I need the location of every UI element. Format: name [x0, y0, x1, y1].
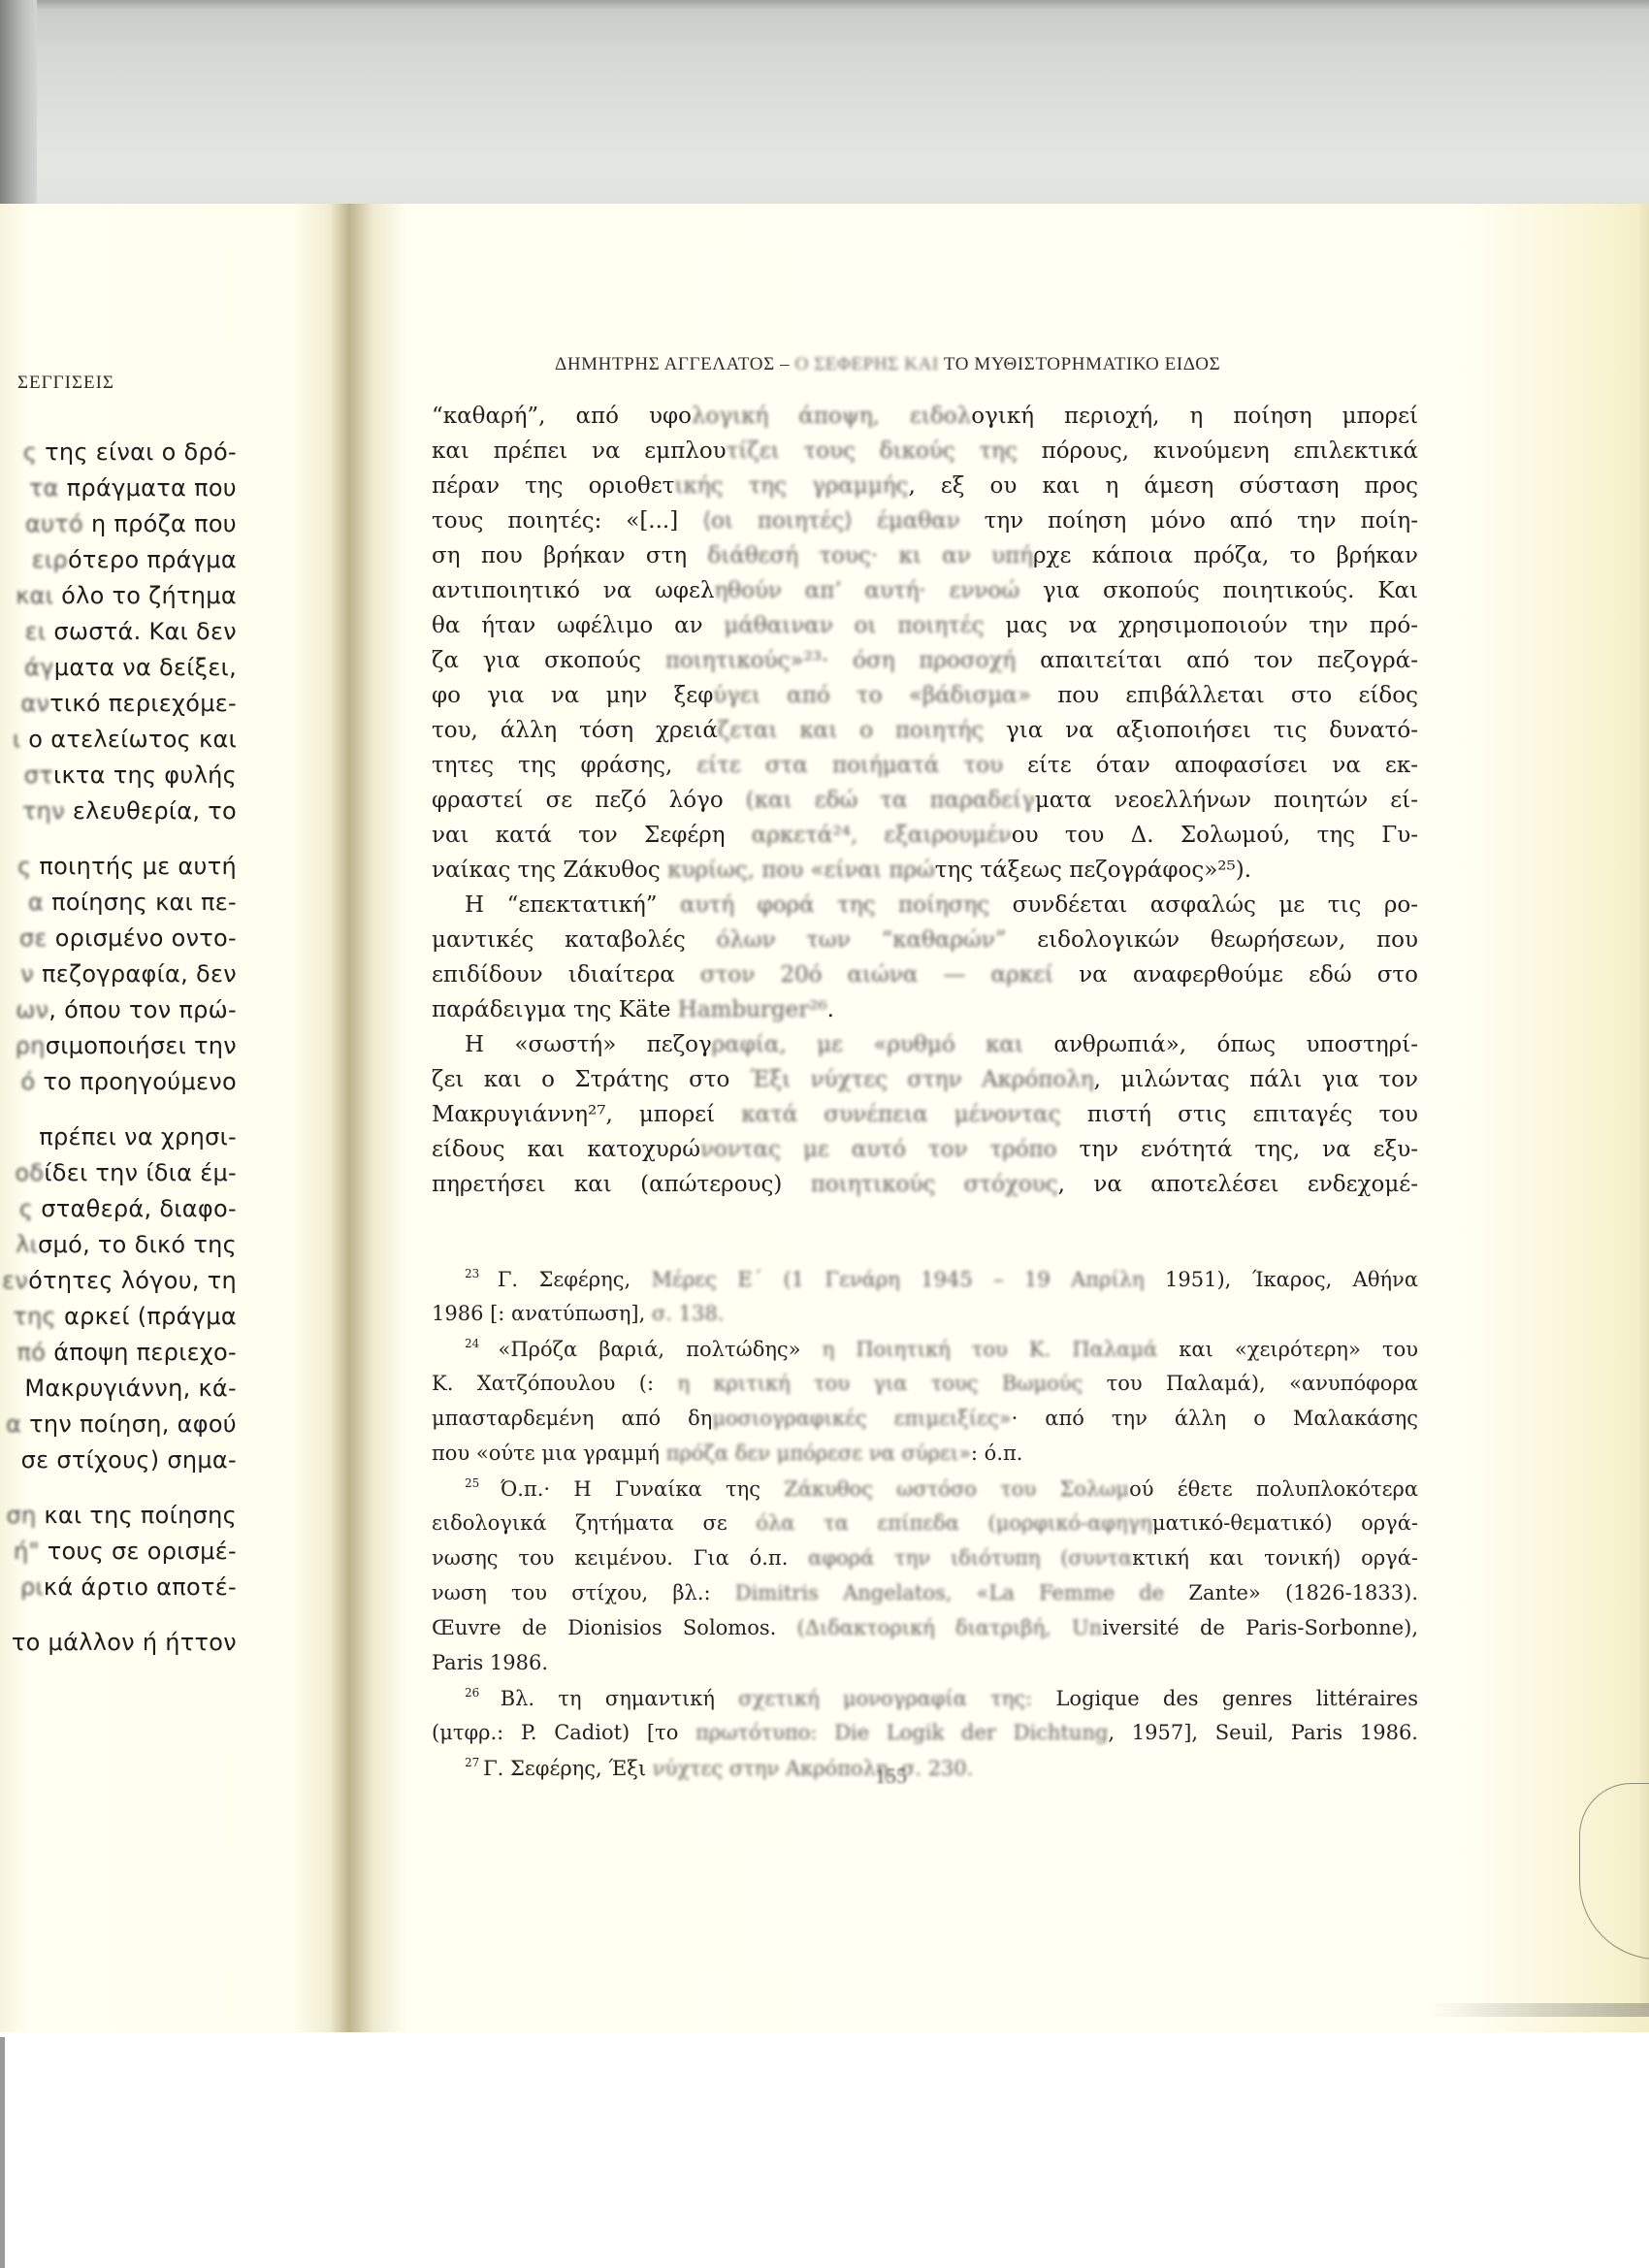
- footnote-line: Œuvre de Dionisios Solomos. (Διδακτορική…: [432, 1616, 1418, 1639]
- left-text-line: ν πεζογραφία, δεν: [20, 960, 237, 988]
- body-text-line: ζα για σκοπούς ποιητικούς»²³· όση προσοχ…: [432, 648, 1418, 673]
- left-text-line: της αρκεί (πράγμα: [13, 1303, 237, 1330]
- footnote-number: 24: [465, 1337, 499, 1350]
- left-text-line: την ελευθερία, το: [22, 797, 237, 825]
- left-text-line: ειρότερο πράγμα: [32, 546, 237, 573]
- footnote-line: μπασταρδεμένη από δημοσιογραφικές επιμει…: [432, 1407, 1418, 1430]
- body-text-line: του, άλλη τόση χρειάζεται και ο ποιητής …: [432, 718, 1418, 743]
- left-text-line: σε στίχους) σημα-: [21, 1446, 237, 1474]
- left-text-line: αντικό περιεχόμε-: [20, 690, 237, 717]
- left-text-line: ρησιμοποιήσει την: [16, 1032, 237, 1059]
- left-text-line: ι ο ατελείωτος και: [13, 726, 237, 753]
- left-running-head: ΣΕΓΓΙΣΕΙΣ: [17, 373, 114, 394]
- left-page-fragment: ΣΕΓΓΙΣΕΙΣ ς της είναι ο δρό-τα πράγματα …: [0, 0, 320, 2268]
- left-text-line: οδίδει την ίδια έμ-: [15, 1159, 237, 1186]
- running-head: ΔΗΜΗΤΡΗΣ ΑΓΓΕΛΑΤΟΣ – Ο ΣΕΦΕΡΗΣ ΚΑΙ ΤΟ ΜΥ…: [555, 354, 1220, 375]
- footnote-line: νωση του στίχου, βλ.: Dimitris Angelatos…: [432, 1581, 1418, 1604]
- footnote-line: 27 Γ. Σεφέρης, Έξι νύχτες στην Ακρόπολη,…: [432, 1756, 1418, 1780]
- body-text-line: ναι κατά τον Σεφέρη αρκετά²⁴, εξαιρουμέν…: [432, 823, 1418, 848]
- left-text-line: ρικά άρτιο αποτέ-: [20, 1573, 237, 1601]
- left-text-line: πό άποψη περιεχο-: [17, 1339, 237, 1366]
- left-text-line: και όλο το ζήτημα: [16, 582, 237, 609]
- left-text-line: ενότητες λόγου, τη: [2, 1267, 237, 1294]
- left-text-line: ων, όπου τον πρώ-: [16, 996, 237, 1023]
- body-text-line: τητες της φράσης, είτε στα ποιήματά του …: [432, 753, 1418, 778]
- running-head-author: ΔΗΜΗΤΡΗΣ ΑΓΓΕΛΑΤΟΣ: [555, 354, 775, 374]
- footnote-number: 26: [465, 1686, 501, 1700]
- left-text-line: ς σταθερά, διαφο-: [19, 1195, 237, 1222]
- page-number: 155: [875, 1764, 907, 1789]
- body-text-line: ναίκας της Ζάκυθος κυρίως, που «είναι πρ…: [432, 858, 1418, 883]
- footnote-line: Paris 1986.: [432, 1651, 1418, 1674]
- footnote-line: 23 Γ. Σεφέρης, Μέρες Ε΄ (1 Γενάρη 1945 –…: [432, 1267, 1418, 1291]
- left-text-line: ς της είναι ο δρό-: [23, 438, 237, 466]
- left-text-line: σε ορισμένο οντο-: [19, 924, 237, 952]
- left-text-line: ό το προηγούμενο: [20, 1068, 237, 1095]
- body-text-line: θα ήταν ωφέλιμο αν μάθαιναν οι ποιητές μ…: [432, 613, 1418, 638]
- body-text-line: ζει και ο Στράτης στο Έξι νύχτες στην Ακ…: [432, 1067, 1418, 1092]
- body-text-line: τους ποιητές: «[...] ⟨οι ποιητές⟩ έμαθαν…: [432, 508, 1418, 534]
- body-text-line: παράδειγμα της Käte Hamburger²⁶.: [432, 997, 1418, 1022]
- body-text-line: Η “επεκτατική” αυτή φορά της ποίησης συν…: [432, 892, 1418, 918]
- left-text-line: στικτα της φυλής: [24, 761, 237, 789]
- running-head-title: ΤΟ ΜΥΘΙΣΤΟΡΗΜΑΤΙΚΟ ΕΙΔΟΣ: [939, 354, 1220, 374]
- footnote-number: 27: [465, 1756, 483, 1769]
- body-text-line: φο για να μην ξεφύγει από το «βάδισμα» π…: [432, 683, 1418, 708]
- footnote-line: 1986 [: ανατύπωση], σ. 138.: [432, 1302, 1418, 1325]
- left-text-line: τα πράγματα που: [29, 474, 237, 502]
- body-text-line: αντιποιητικό να ωφεληθούν απ’ αυτή· εννο…: [432, 578, 1418, 603]
- footnote-number: 23: [465, 1267, 498, 1280]
- left-text-line: α ποίησης και πε-: [28, 889, 237, 916]
- body-text-line: μαντικές καταβολές όλων των “καθαρών” ει…: [432, 927, 1418, 953]
- left-text-line: ση και της ποίησης: [6, 1502, 237, 1529]
- footnote-line: ειδολογικά ζητήματα σε όλα τα επίπεδα (μ…: [432, 1511, 1418, 1535]
- left-text-line: πρέπει να χρησι-: [39, 1123, 237, 1150]
- body-text-line: επιδίδουν ιδιαίτερα στον 20ό αιώνα — αρκ…: [432, 962, 1418, 988]
- footnote-line: 24 «Πρόζα βαριά, πολτώδης» η Ποιητική το…: [432, 1337, 1418, 1361]
- left-text-line: ει σωστά. Και δεν: [25, 618, 237, 645]
- body-text-line: είδους και κατοχυρώνοντας με αυτό τον τρ…: [432, 1137, 1418, 1162]
- running-head-title-blurred: Ο ΣΕΦΕΡΗΣ ΚΑΙ: [795, 354, 939, 374]
- left-text-line: ς ποιητής με αυτή: [17, 853, 237, 880]
- page-shadow: [1426, 2003, 1649, 2017]
- left-text-line: ή" τους σε ορισμέ-: [14, 1538, 237, 1565]
- page-edge-right: [1639, 204, 1649, 2008]
- left-text-line: α την ποίηση, αφού: [6, 1410, 237, 1438]
- body-text-line: πηρετήσει και (απώτερους) ποιητικούς στό…: [432, 1172, 1418, 1197]
- left-text-line: λισμό, το δικό της: [16, 1231, 237, 1258]
- body-text-line: Μακρυγιάννη²⁷, μπορεί κατά συνέπεια μένο…: [432, 1102, 1418, 1127]
- footnote-line: νωσης του κειμένου. Για ό.π. αφορά την ι…: [432, 1546, 1418, 1570]
- footnote-line: (μτφρ.: P. Cadiot) [το πρωτότυπο: Die Lo…: [432, 1721, 1418, 1744]
- footnote-line: 26 Βλ. τη σημαντική σχετική μονογραφία τ…: [432, 1686, 1418, 1710]
- footnote-number: 25: [465, 1476, 501, 1490]
- body-text-line: “καθαρή”, από υφολογική άποψη, ειδολογικ…: [432, 404, 1418, 429]
- left-text-line: αυτό η πρόζα που: [25, 510, 237, 537]
- left-text-line: το μάλλον ή ήττον: [12, 1629, 237, 1656]
- left-text-line: Μακρυγιάννη, κά-: [24, 1375, 237, 1402]
- footnote-line: Κ. Χατζόπουλου (: η κριτική του για τους…: [432, 1372, 1418, 1395]
- body-text-line: φραστεί σε πεζό λόγο (και εδώ τα παραδεί…: [432, 788, 1418, 813]
- body-text-line: και πρέπει να εμπλουτίζει τους δικούς τη…: [432, 438, 1418, 464]
- footnote-line: που «ούτε μια γραμμή πρόζα δεν μπόρεσε ν…: [432, 1442, 1418, 1465]
- left-text-line: άγματα να δείξει,: [24, 654, 237, 681]
- body-text-line: Η «σωστή» πεζογραφία, με «ρυθμό και ανθρ…: [432, 1032, 1418, 1057]
- footnote-line: 25 Ό.π.· Η Γυναίκα της Ζάκυθος ωστόσο το…: [432, 1476, 1418, 1501]
- body-text-line: πέραν της οριοθετικής της γραμμής, εξ ου…: [432, 473, 1418, 499]
- body-text-line: ση που βρήκαν στη διάθεσή τους· κι αν υπ…: [432, 543, 1418, 568]
